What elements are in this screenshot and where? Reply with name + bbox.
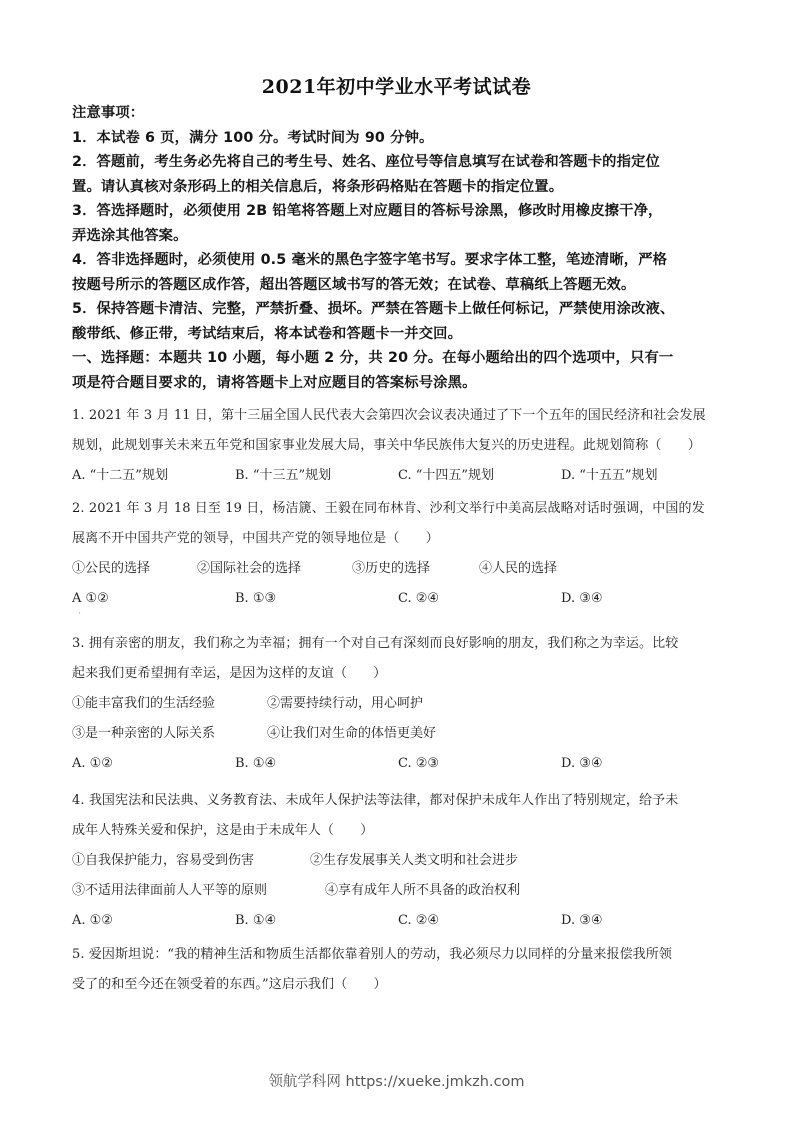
question-stem: 1. 2021 年 3 月 11 日，第十三届全国人民代表大会第四次会议表决通过…: [72, 401, 727, 431]
option-a: A. “十二五”规划: [72, 461, 168, 491]
options-row: A. “十二五”规划 B. “十三五”规划 C. “十四五”规划 D. “十五五…: [72, 461, 727, 491]
notice-line: 5．保持答题卡清洁、完整，严禁折叠、损坏。严禁在答题卡上做任何标记，严禁使用涂改…: [72, 297, 727, 322]
statement-1: ①能丰富我们的生活经验: [72, 689, 215, 719]
question-2: 2. 2021 年 3 月 18 日至 19 日，杨洁篪、王毅在同布林肯、沙利文…: [72, 494, 727, 614]
statement-1: ①自我保护能力，容易受到伤害: [72, 846, 254, 876]
option-c: C. ②④: [398, 584, 439, 614]
option-c: C. ②③: [398, 749, 439, 779]
option-a: A ①②: [72, 584, 109, 614]
option-d: D. “十五五”规划: [561, 461, 658, 491]
page-title: 2021年初中学业水平考试试卷: [0, 72, 793, 99]
statement-4: ④享有成年人所不具备的政治权利: [325, 876, 520, 906]
notice-line: 按题号所示的答题区成作答，超出答题区域书写的答无效；在试卷、草稿纸上答题无效。: [72, 273, 727, 298]
notice-line: 2．答题前，考生务必先将自己的考生号、姓名、座位号等信息填写在试卷和答题卡的指定…: [72, 150, 727, 175]
option-c: C. “十四五”规划: [398, 461, 494, 491]
statement-1: ①公民的选择: [72, 554, 150, 584]
question-stem: 受了的和至今还在领受着的东西。”这启示我们（ ）: [72, 970, 727, 1000]
statement-4: ④让我们对生命的体悟更美好: [267, 719, 436, 749]
option-d: D. ③④: [561, 584, 603, 614]
option-b: B. ①④: [235, 906, 276, 936]
statement-3: ③不适用法律面前人人平等的原则: [72, 876, 267, 906]
statement-2: ②国际社会的选择: [197, 554, 301, 584]
question-3: 3. 拥有亲密的朋友，我们称之为幸福；拥有一个对自己有深刻而良好影响的朋友，我们…: [72, 629, 727, 779]
question-stem: 4. 我国宪法和民法典、义务教育法、未成年人保护法等法律，都对保护未成年人作出了…: [72, 786, 727, 816]
stray-mark: ': [79, 612, 81, 619]
options-row: A ①② B. ①③ C. ②④ D. ③④: [72, 584, 727, 614]
notice-heading: 注意事项：: [72, 101, 727, 126]
options-row: A. ①② B. ①④ C. ②③ D. ③④: [72, 749, 727, 779]
question-1: 1. 2021 年 3 月 11 日，第十三届全国人民代表大会第四次会议表决通过…: [72, 401, 727, 491]
question-4: 4. 我国宪法和民法典、义务教育法、未成年人保护法等法律，都对保护未成年人作出了…: [72, 786, 727, 936]
statement-2: ②需要持续行动，用心呵护: [267, 689, 423, 719]
question-5: 5. 爱因斯坦说：“我的精神生活和物质生活都依靠着别人的劳动，我必须尽力以同样的…: [72, 940, 727, 1000]
notice-line: 弄选涂其他答案。: [72, 224, 727, 249]
option-a: A. ①②: [72, 906, 113, 936]
question-stem: 起来我们更希望拥有幸运，是因为这样的友谊（ ）: [72, 659, 727, 689]
section-heading: 项是符合题目要求的，请将答题卡上对应题目的答案标号涂黑。: [72, 371, 727, 396]
question-stem: 展离不开中国共产党的领导，中国共产党的领导地位是（ ）: [72, 524, 727, 554]
notice-line: 1．本试卷 6 页，满分 100 分。考试时间为 90 分钟。: [72, 126, 727, 151]
option-b: B. “十三五”规划: [235, 461, 331, 491]
statement-3: ③是一种亲密的人际关系: [72, 719, 215, 749]
footer-watermark: 领航学科网 https://xueke.jmkzh.com: [0, 1070, 793, 1091]
notice-line: 3．答选择题时，必须使用 2B 铅笔将答题上对应题目的答标号涂黑，修改时用橡皮擦…: [72, 199, 727, 224]
option-a: A. ①②: [72, 749, 113, 779]
statement-2: ②生存发展事关人类文明和社会进步: [310, 846, 518, 876]
notice-line: 置。请认真核对条形码上的相关信息后，将条形码格贴在答题卡的指定位置。: [72, 175, 727, 200]
question-stem: 成年人特殊关爱和保护，这是由于未成年人（ ）: [72, 816, 727, 846]
options-row: A. ①② B. ①④ C. ②④ D. ③④: [72, 906, 727, 936]
option-b: B. ①④: [235, 749, 276, 779]
option-b: B. ①③: [235, 584, 276, 614]
notice-line: 4．答非选择题时，必须使用 0.5 毫米的黑色字签字笔书写。要求字体工整，笔迹清…: [72, 248, 727, 273]
question-stem: 5. 爱因斯坦说：“我的精神生活和物质生活都依靠着别人的劳动，我必须尽力以同样的…: [72, 940, 727, 970]
question-stem: 3. 拥有亲密的朋友，我们称之为幸福；拥有一个对自己有深刻而良好影响的朋友，我们…: [72, 629, 727, 659]
question-stem: 规划，此规划事关未来五年党和国家事业发展大局，事关中华民族伟大复兴的历史进程。此…: [72, 431, 727, 461]
statements-row: ③不适用法律面前人人平等的原则 ④享有成年人所不具备的政治权利: [72, 876, 727, 906]
statements-row: ③是一种亲密的人际关系 ④让我们对生命的体悟更美好: [72, 719, 727, 749]
statement-4: ④人民的选择: [479, 554, 557, 584]
question-stem: 2. 2021 年 3 月 18 日至 19 日，杨洁篪、王毅在同布林肯、沙利文…: [72, 494, 727, 524]
exam-page: 2021年初中学业水平考试试卷 注意事项： 1．本试卷 6 页，满分 100 分…: [0, 0, 793, 1122]
section-heading: 一、选择题：本题共 10 小题，每小题 2 分，共 20 分。在每小题给出的四个…: [72, 346, 727, 371]
statements-row: ①自我保护能力，容易受到伤害 ②生存发展事关人类文明和社会进步: [72, 846, 727, 876]
option-d: D. ③④: [561, 906, 603, 936]
notice-line: 酸带纸、修正带，考试结束后，将本试卷和答题卡一并交回。: [72, 322, 727, 347]
option-d: D. ③④: [561, 749, 603, 779]
statements-row: ①能丰富我们的生活经验 ②需要持续行动，用心呵护: [72, 689, 727, 719]
statements-row: ①公民的选择 ②国际社会的选择 ③历史的选择 ④人民的选择: [72, 554, 727, 584]
option-c: C. ②④: [398, 906, 439, 936]
statement-3: ③历史的选择: [352, 554, 430, 584]
notice-section: 注意事项： 1．本试卷 6 页，满分 100 分。考试时间为 90 分钟。 2．…: [72, 101, 727, 395]
